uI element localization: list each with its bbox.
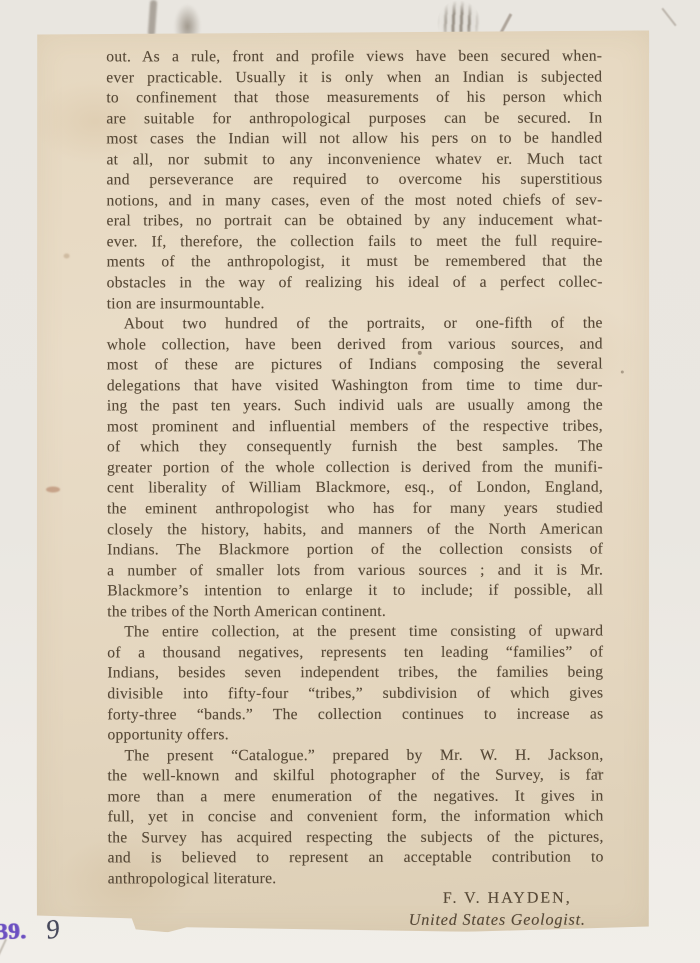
- text-line: obstacles in the way of realizing his id…: [107, 273, 603, 294]
- paper-stain: [64, 253, 70, 258]
- text-line: greater portion of the whole collection …: [107, 457, 603, 478]
- text-line: anthropological literature.: [108, 868, 604, 889]
- text-line: most of these are pictures of Indians co…: [107, 355, 603, 376]
- tape-residue-mark: [148, 0, 157, 36]
- text-line: opportunity offers.: [107, 725, 603, 746]
- signature-name: F. V. HAYDEN,: [108, 889, 604, 910]
- text-line: forty-three “bands.” The collection cont…: [107, 704, 603, 725]
- text-line: About two hundred of the portraits, or o…: [107, 314, 603, 335]
- paper-stain: [621, 371, 624, 374]
- paper-stain: [46, 486, 60, 492]
- text-line: a number of smaller lots from various so…: [107, 560, 603, 581]
- text-line: delegations that have visited Washington…: [107, 375, 603, 396]
- text-line: Indians. The Blackmore portion of the co…: [107, 540, 603, 561]
- text-line: of which they consequently furnish the b…: [107, 437, 603, 458]
- text-line: full, yet in concise and convenient form…: [108, 807, 604, 828]
- text-line: Indians, besides seven independent tribe…: [107, 663, 603, 684]
- text-line: to confinement that those measurements o…: [106, 88, 602, 109]
- scanned-page: out. As a rule, front and profile views …: [35, 30, 651, 932]
- text-line: ever. If, therefore, the collection fail…: [107, 231, 603, 252]
- text-line: divisible into fifty-four “tribes,” subd…: [107, 683, 603, 704]
- text-line: and perseverance are required to overcom…: [106, 170, 602, 191]
- text-line: eral tribes, no portrait can be obtained…: [107, 211, 603, 232]
- text-line: are suitable for anthropological purpose…: [106, 108, 602, 129]
- text-line: of a thousand negatives, represents ten …: [107, 642, 603, 663]
- text-line: more than a mere enumeration of the nega…: [108, 786, 604, 807]
- signature-title: United States Geologist.: [108, 910, 604, 931]
- text-line: notions, and in many cases, even of the …: [106, 190, 602, 211]
- text-line: Blackmore’s intention to enlarge it to i…: [107, 581, 603, 602]
- text-line: the tribes of the North American contine…: [107, 601, 603, 622]
- text-line: the Survey has acquired respecting the s…: [108, 827, 604, 848]
- text-line: the eminent anthropologist who has for m…: [107, 499, 603, 520]
- text-line: cent liberality of William Blackmore, es…: [107, 478, 603, 499]
- text-line: closely the history, habits, and manners…: [107, 519, 603, 540]
- text-line: out. As a rule, front and profile views …: [106, 47, 602, 68]
- text-line: most cases the Indian will not allow his…: [106, 129, 602, 150]
- text-line: The entire collection, at the present ti…: [107, 622, 603, 643]
- handwritten-number: 9: [44, 913, 62, 946]
- text-line: ever practicable. Usually it is only whe…: [106, 67, 602, 88]
- text-line: ments of the anthropologist, it must be …: [107, 252, 603, 273]
- text-line: most prominent and influential members o…: [107, 416, 603, 437]
- text-line: tion are insurmountable.: [107, 293, 603, 314]
- text-line: ing the past ten years. Such individ ual…: [107, 396, 603, 417]
- text-line: The present “Catalogue.” prepared by Mr.…: [107, 745, 603, 766]
- text-line: and is believed to represent an acceptab…: [108, 848, 604, 869]
- scan-backing: out. As a rule, front and profile views …: [0, 0, 700, 963]
- page-text: out. As a rule, front and profile views …: [106, 47, 604, 931]
- text-line: whole collection, have been derived from…: [107, 334, 603, 355]
- text-line: the well-known and skilful photographer …: [107, 766, 603, 787]
- tape-residue-mark: [661, 8, 676, 27]
- text-line: at all, nor submit to any inconvenience …: [106, 149, 602, 170]
